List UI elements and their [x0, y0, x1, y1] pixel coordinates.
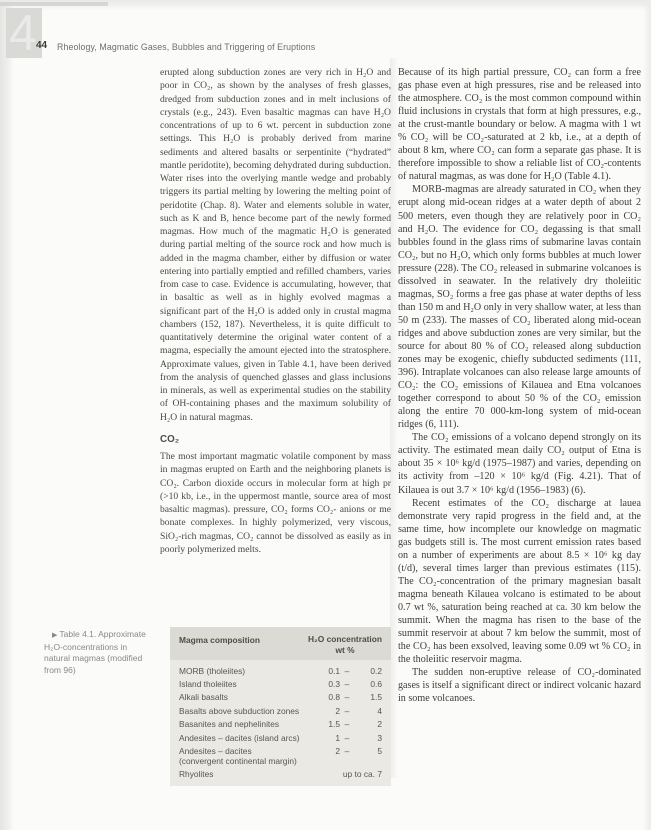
paragraph-co2-gas-phase: Because of its high partial pressure, CO…: [398, 66, 641, 183]
table-row: Rhyolites up to ca. 7: [179, 768, 382, 781]
paragraph-sudden-release: The sudden non-eruptive release of CO₂-d…: [398, 666, 641, 705]
page-number: 44: [36, 40, 47, 51]
row-label: Andesites – dacites: [179, 746, 308, 756]
row-sublabel: (convergent continental margin): [179, 756, 308, 766]
co2-paragraph: The most important magmatic volatile com…: [160, 450, 391, 556]
paragraph-morb-magmas: MORB-magmas are already saturated in CO₂…: [398, 183, 641, 431]
range-from: 1.5: [312, 719, 340, 729]
left-column: erupted along subduction zones are very …: [160, 66, 391, 556]
range-dash: –: [340, 746, 354, 756]
table-caption-text: Table 4.1. Approximate H₂O-concentration…: [44, 629, 146, 675]
running-title: Rheology, Magmatic Gases, Bubbles and Tr…: [57, 42, 315, 52]
column-header-concentration: H₂O concentration wt %: [308, 634, 382, 655]
right-column: Because of its high partial pressure, CO…: [398, 66, 641, 705]
table-caption: ▶Table 4.1. Approximate H₂O-concentratio…: [44, 629, 152, 676]
table-row: Alkali basalts 0.8–1.5: [179, 691, 382, 704]
scan-left-edge-shadow: [0, 0, 14, 830]
range-to: 0.2: [354, 666, 382, 676]
table-body: MORB (tholeiites) 0.1–0.2 Island tholeii…: [170, 660, 391, 786]
range-to: 1.5: [354, 692, 382, 702]
magma-table: Magma composition H₂O concentration wt %…: [170, 627, 391, 786]
range-dash: –: [340, 706, 354, 716]
table-row: Andesites – dacites(convergent continent…: [179, 744, 382, 767]
row-label: Andesites – dacites (island arcs): [179, 733, 308, 743]
paragraph-recent-estimates: Recent estimates of the CO₂ discharge at…: [398, 497, 641, 667]
row-label: MORB (tholeiites): [179, 666, 308, 676]
scan-right-edge-shadow: [643, 0, 651, 830]
range-from: 1: [312, 733, 340, 743]
paragraph-co2-emissions: The CO₂ emissions of a volcano depend st…: [398, 431, 641, 496]
table-row: MORB (tholeiites) 0.1–0.2: [179, 664, 382, 677]
co2-section-heading: CO₂: [160, 433, 391, 446]
row-label: Rhyolites: [179, 769, 308, 779]
range-to: 4: [354, 706, 382, 716]
range-to: 5: [354, 746, 382, 756]
range-dash: –: [340, 719, 354, 729]
range-to: 3: [354, 733, 382, 743]
table-row: Basanites and nephelinites 1.5–2: [179, 718, 382, 731]
range-to: 2: [354, 719, 382, 729]
water-paragraph: erupted along subduction zones are very …: [160, 66, 391, 424]
range-from: 0.1: [312, 666, 340, 676]
range-from: 0.8: [312, 692, 340, 702]
range-dash: –: [340, 679, 354, 689]
range-from: 2: [312, 746, 340, 756]
row-label: Basanites and nephelinites: [179, 719, 308, 729]
row-value: up to ca. 7: [312, 769, 382, 779]
column-header-composition: Magma composition: [179, 634, 260, 646]
table-row: Basalts above subduction zones 2–4: [179, 704, 382, 717]
table-header: Magma composition H₂O concentration wt %: [170, 627, 391, 660]
range-from: 2: [312, 706, 340, 716]
range-from: 0.3: [312, 679, 340, 689]
caption-marker-icon: ▶: [52, 632, 57, 639]
row-label: Basalts above subduction zones: [179, 706, 308, 716]
chapter-number: 4: [9, 3, 45, 61]
row-label: Island tholeiites: [179, 679, 308, 689]
table-row: Island tholeiites 0.3–0.6: [179, 677, 382, 690]
range-to: 0.6: [354, 679, 382, 689]
row-label: Alkali basalts: [179, 692, 308, 702]
column-fold-shadow: [390, 58, 398, 778]
range-dash: –: [340, 692, 354, 702]
range-dash: –: [340, 733, 354, 743]
table-row: Andesites – dacites (island arcs) 1–3: [179, 731, 382, 744]
range-dash: –: [340, 666, 354, 676]
